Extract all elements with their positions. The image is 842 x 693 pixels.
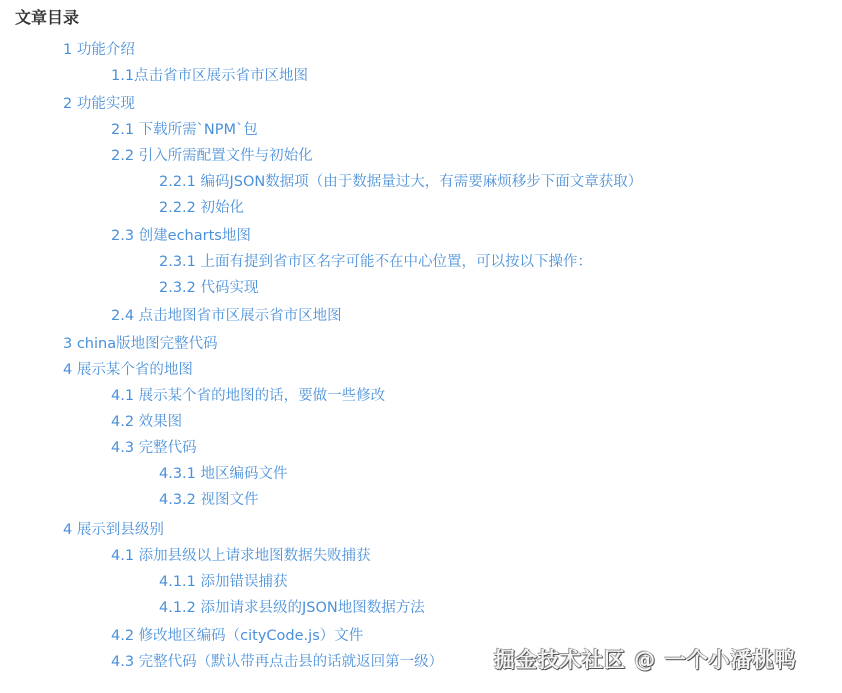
toc-link-level-2[interactable]: 1.1点击省市区展示省市区地图 <box>111 66 308 86</box>
toc-link-level-3[interactable]: 2.3.1 上面有提到省市区名字可能不在中心位置，可以按以下操作： <box>159 252 592 272</box>
toc-link-level-3[interactable]: 4.3.2 视图文件 <box>159 490 259 510</box>
toc-link-level-2[interactable]: 4.3 完整代码 <box>111 438 197 458</box>
toc-link-level-3[interactable]: 2.2.2 初始化 <box>159 198 244 218</box>
toc-link-level-2[interactable]: 4.3 完整代码（默认带再点击县的话就返回第一级） <box>111 652 443 672</box>
toc-link-level-1[interactable]: 3 china版地图完整代码 <box>63 334 218 354</box>
toc-link-level-1[interactable]: 4 展示某个省的地图 <box>63 360 193 380</box>
toc-link-level-1[interactable]: 2 功能实现 <box>63 94 135 114</box>
toc-link-level-1[interactable]: 1 功能介绍 <box>63 40 135 60</box>
watermark: 掘金技术社区 @ 一个小潘桃鸭 <box>494 646 797 674</box>
toc-link-level-3[interactable]: 2.3.2 代码实现 <box>159 278 259 298</box>
toc-link-level-3[interactable]: 4.1.1 添加错误捕获 <box>159 572 288 592</box>
toc-title: 文章目录 <box>15 8 79 28</box>
toc-link-level-3[interactable]: 2.2.1 编码JSON数据项（由于数据量过大，有需要麻烦移步下面文章获取） <box>159 172 642 192</box>
toc-link-level-2[interactable]: 2.3 创建echarts地图 <box>111 226 251 246</box>
toc-link-level-2[interactable]: 4.1 展示某个省的地图的话，要做一些修改 <box>111 386 385 406</box>
toc-link-level-2[interactable]: 2.4 点击地图省市区展示省市区地图 <box>111 306 342 326</box>
toc-link-level-2[interactable]: 4.2 修改地区编码（cityCode.js）文件 <box>111 626 363 646</box>
toc-link-level-2[interactable]: 2.1 下载所需`NPM`包 <box>111 120 258 140</box>
toc-link-level-2[interactable]: 4.1 添加县级以上请求地图数据失败捕获 <box>111 546 371 566</box>
toc-link-level-3[interactable]: 4.1.2 添加请求县级的JSON地图数据方法 <box>159 598 425 618</box>
toc-link-level-2[interactable]: 4.2 效果图 <box>111 412 182 432</box>
toc-link-level-2[interactable]: 2.2 引入所需配置文件与初始化 <box>111 146 313 166</box>
toc-link-level-1[interactable]: 4 展示到县级别 <box>63 520 164 540</box>
toc-link-level-3[interactable]: 4.3.1 地区编码文件 <box>159 464 288 484</box>
